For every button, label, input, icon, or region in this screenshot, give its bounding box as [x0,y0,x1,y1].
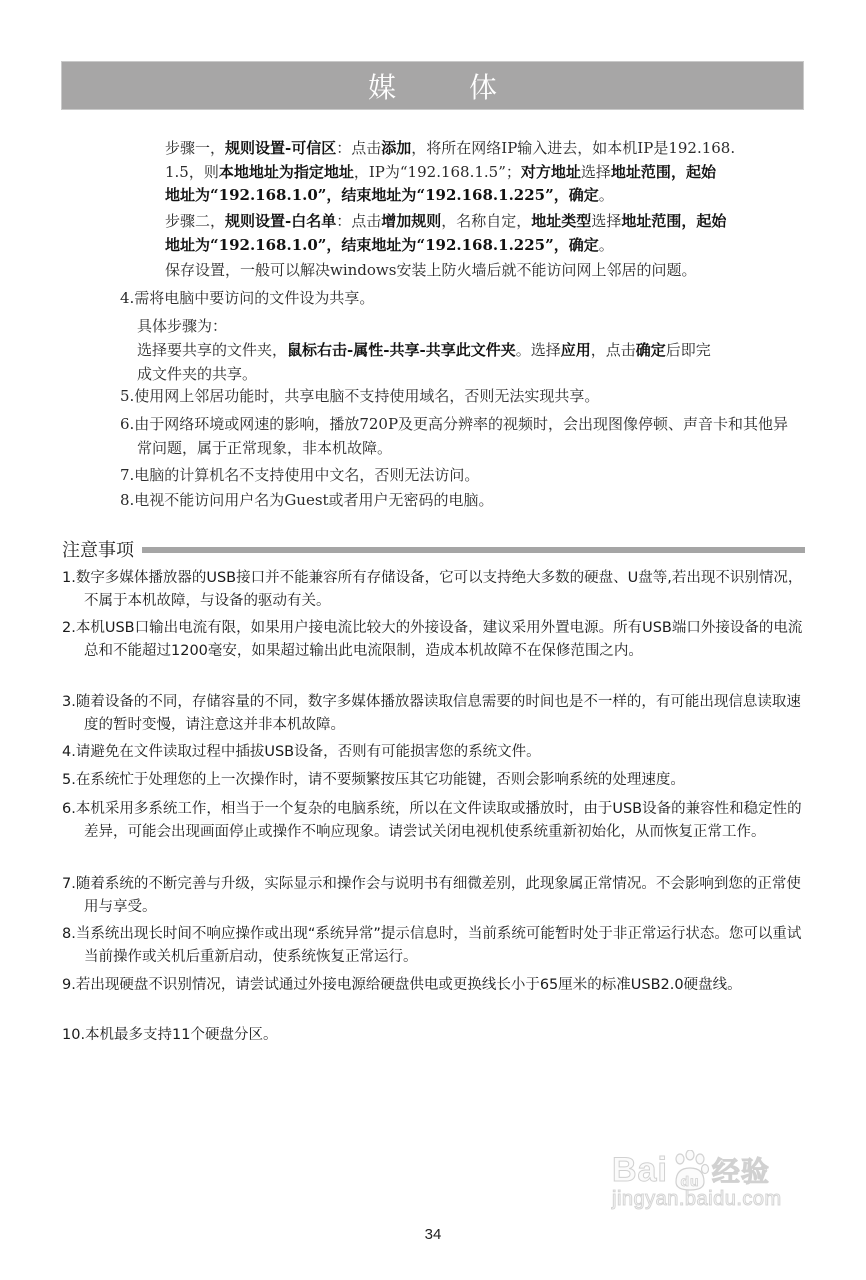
watermark-url: jingyan.baidu.com [612,1188,842,1211]
svg-text:du: du [680,1173,699,1189]
item-4-subtitle: 具体步骤为： [137,315,807,339]
item-5: 5.使用网上邻居功能时，共享电脑不支持使用域名，否则无法实现共享。 [120,385,810,409]
item-4-heading: 4.需将电脑中要访问的文件设为共享。 [120,287,810,311]
section-title: 媒 体 [336,66,529,106]
note-item-10: 10.本机最多支持11个硬盘分区。 [62,1024,810,1047]
item-6: 6.由于网络环境或网速的影响，播放720P及更高分辨率的视频时，会出现图像停顿、… [120,413,800,460]
save-settings-note: 保存设置，一般可以解决windows安装上防火墙后就不能访问网上邻居的问题。 [165,259,805,283]
note-item-4: 4.请避免在文件读取过程中插拔USB设备，否则有可能损害您的系统文件。 [62,741,810,764]
item-7: 7.电脑的计算机名不支持使用中文名，否则无法访问。 [120,464,810,488]
page-number: 34 [0,1226,866,1243]
note-item-3: 3.随着设备的不同，存储容量的不同，数字多媒体播放器读取信息需要的时间也是不一样… [62,691,810,737]
note-item-7: 7.随着系统的不断完善与升级，实际显示和操作会与说明书有细微差别，此现象属正常情… [62,873,810,919]
note-item-5: 5.在系统忙于处理您的上一次操作时，请不要频繁按压其它功能键，否则会影响系统的处… [62,769,810,792]
item-8: 8.电视不能访问用户名为Guest或者用户无密码的电脑。 [120,489,810,513]
step-one-paragraph: 步骤一，规则设置-可信区：点击添加，将所在网络IP输入进去，如本机IP是192.… [165,137,805,208]
note-item-1: 1.数字多媒体播放器的USB接口并不能兼容所有存储设备，它可以支持绝大多数的硬盘… [62,567,810,613]
notes-heading-row: 注意事项 [62,537,805,561]
note-item-9: 9.若出现硬盘不识别情况，请尝试通过外接电源给硬盘供电或更换线长小于65厘米的标… [62,974,810,997]
step-two-paragraph: 步骤二，规则设置-白名单：点击增加规则，名称自定，地址类型选择地址范围，起始 地… [165,210,805,257]
paw-print-icon: du [670,1150,710,1190]
watermark-logo: Bai du 经验 [612,1150,842,1190]
baidu-jingyan-watermark: Bai du 经验 jingyan.baidu.com [612,1150,842,1230]
note-item-2: 2.本机USB口输出电流有限，如果用户接电流比较大的外接设备，建议采用外置电源。… [62,617,810,663]
section-header-bar: 媒 体 [61,61,804,110]
item-4-steps: 选择要共享的文件夹，鼠标右击-属性-共享-共享此文件夹。选择应用，点击确定后即完… [137,339,807,386]
note-item-8: 8.当系统出现长时间不响应操作或出现“系统异常”提示信息时，当前系统可能暂时处于… [62,923,810,969]
note-item-6: 6.本机采用多系统工作，相当于一个复杂的电脑系统，所以在文件读取或播放时，由于U… [62,798,810,844]
notes-heading: 注意事项 [62,536,134,562]
heading-rule-divider [142,547,805,553]
